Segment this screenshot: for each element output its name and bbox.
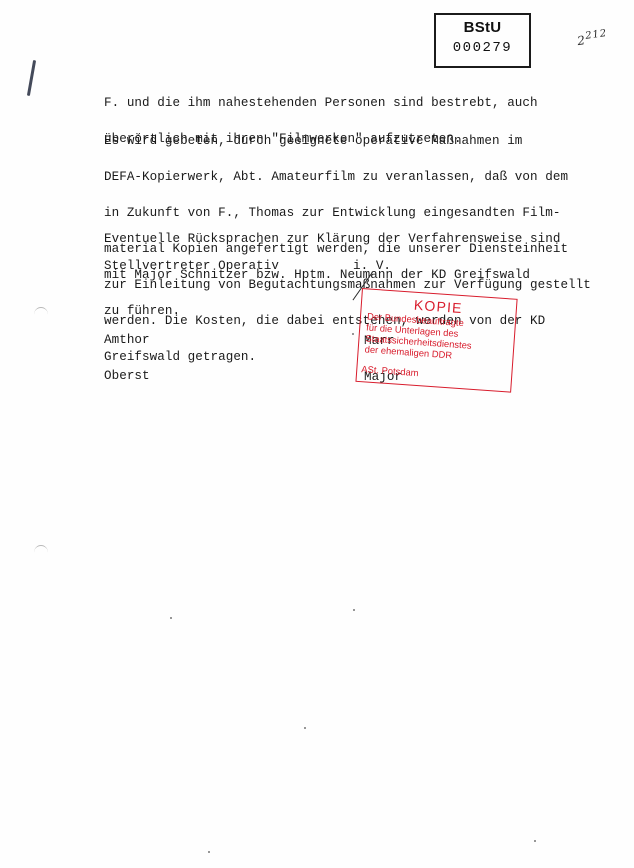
scan-speck xyxy=(170,617,172,619)
handwritten-page-number: 2212 xyxy=(576,28,609,48)
scan-speck xyxy=(304,727,306,729)
text-line: Eventuelle Rücksprachen zur Klärung der … xyxy=(104,233,560,245)
scan-speck xyxy=(353,609,355,611)
scan-speck xyxy=(534,840,536,842)
text-line: Greifswald getragen. xyxy=(104,351,591,363)
archive-number-box: BStU 000279 xyxy=(434,13,531,68)
scan-speck xyxy=(352,333,354,335)
margin-pen-mark xyxy=(27,60,36,96)
signature-prefix-right: i. V. xyxy=(353,260,391,272)
archive-label: BStU xyxy=(436,19,529,36)
stamp-office: ASt. Potsdam xyxy=(361,363,419,378)
copy-stamp: KOPIE Der Bundesbeauftragte für die Unte… xyxy=(355,288,517,393)
document-page: BStU 000279 2212 F. und die ihm nahesteh… xyxy=(0,0,634,868)
text-line: Es wird gebeten, durch geeignete operati… xyxy=(104,135,591,147)
scan-speck xyxy=(208,851,210,853)
archive-number: 000279 xyxy=(436,40,529,56)
signatory-left-rank: Oberst xyxy=(104,370,150,382)
punch-hole-mark xyxy=(34,545,48,560)
punch-hole-mark xyxy=(34,307,48,322)
stamp-title: KOPIE xyxy=(413,297,463,316)
text-line: DEFA-Kopierwerk, Abt. Amateurfilm zu ver… xyxy=(104,171,591,183)
signature-role-left: Stellvertreter Operativ xyxy=(104,260,279,272)
stamp-authority-text: Der Bundesbeauftragte für die Unterlagen… xyxy=(364,310,473,361)
signatory-left: Amthor Oberst xyxy=(104,310,150,406)
signatory-left-name: Amthor xyxy=(104,334,150,346)
page-number-superscript: 212 xyxy=(585,28,608,42)
text-line: F. und die ihm nahestehenden Personen si… xyxy=(104,97,538,109)
